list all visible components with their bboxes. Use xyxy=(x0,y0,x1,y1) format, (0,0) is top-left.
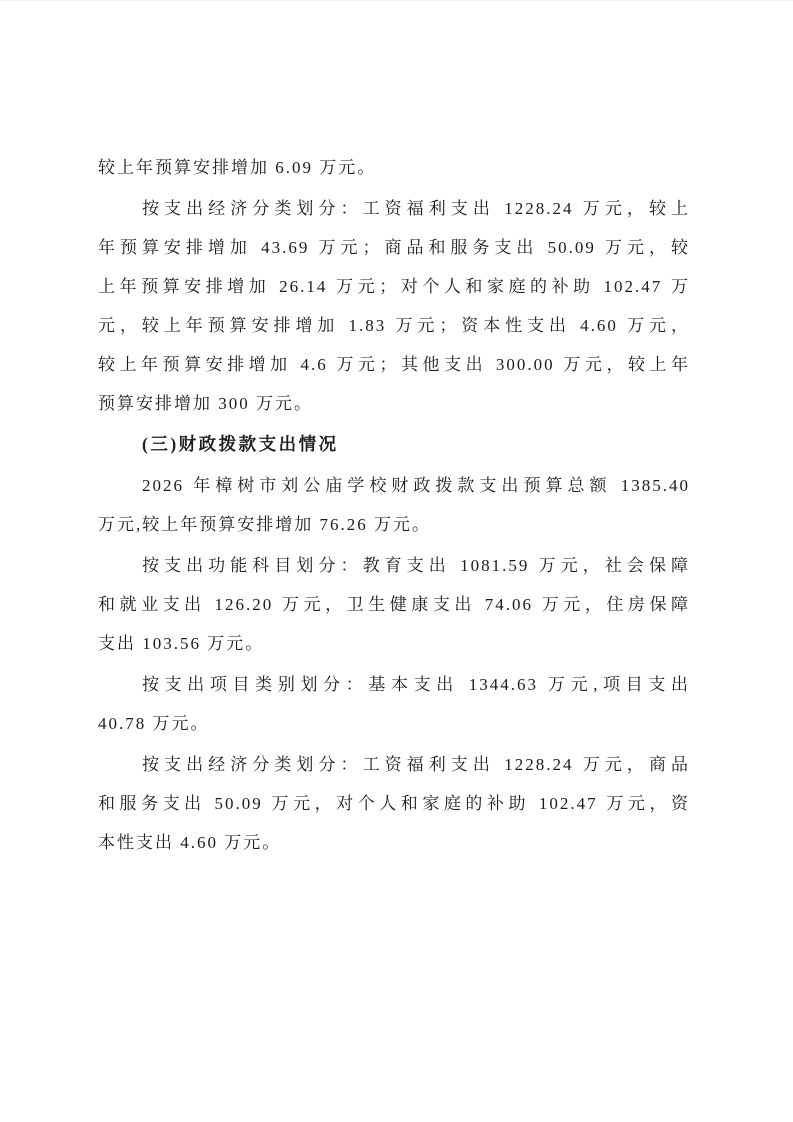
text-line: 预算安排增加 300 万元。 xyxy=(98,384,690,423)
paragraph: 按支出功能科目划分：教育支出 1081.59 万元，社会保障和就业支出 126.… xyxy=(98,546,690,663)
paragraph: 按支出经济分类划分：工资福利支出 1228.24 万元，商品和服务支出 50.0… xyxy=(98,745,690,862)
paragraph: 按支出项目类别划分：基本支出 1344.63 万元,项目支出40.78 万元。 xyxy=(98,665,690,743)
text-line: 40.78 万元。 xyxy=(98,704,690,743)
paragraph: 按支出经济分类划分：工资福利支出 1228.24 万元，较上年预算安排增加 43… xyxy=(98,189,690,423)
paragraph: 2026 年樟树市刘公庙学校财政拨款支出预算总额 1385.40万元,较上年预算… xyxy=(98,466,690,544)
text-line: 2026 年樟树市刘公庙学校财政拨款支出预算总额 1385.40 xyxy=(98,466,690,505)
text-line: 本性支出 4.60 万元。 xyxy=(98,823,690,862)
text-line: (三)财政拨款支出情况 xyxy=(98,425,690,464)
text-line: 支出 103.56 万元。 xyxy=(98,624,690,663)
section-heading: (三)财政拨款支出情况 xyxy=(98,425,690,464)
text-line: 和服务支出 50.09 万元，对个人和家庭的补助 102.47 万元，资 xyxy=(98,784,690,823)
text-line: 和就业支出 126.20 万元，卫生健康支出 74.06 万元，住房保障 xyxy=(98,585,690,624)
text-line: 年预算安排增加 43.69 万元；商品和服务支出 50.09 万元，较 xyxy=(98,228,690,267)
document-page: 较上年预算安排增加 6.09 万元。按支出经济分类划分：工资福利支出 1228.… xyxy=(0,0,793,1122)
text-line: 按支出项目类别划分：基本支出 1344.63 万元,项目支出 xyxy=(98,665,690,704)
paragraph: 较上年预算安排增加 6.09 万元。 xyxy=(98,148,690,187)
text-line: 按支出经济分类划分：工资福利支出 1228.24 万元，商品 xyxy=(98,745,690,784)
text-line: 较上年预算安排增加 4.6 万元；其他支出 300.00 万元，较上年 xyxy=(98,345,690,384)
text-line: 按支出功能科目划分：教育支出 1081.59 万元，社会保障 xyxy=(98,546,690,585)
text-line: 较上年预算安排增加 6.09 万元。 xyxy=(98,148,690,187)
text-line: 万元,较上年预算安排增加 76.26 万元。 xyxy=(98,505,690,544)
text-content: 较上年预算安排增加 6.09 万元。按支出经济分类划分：工资福利支出 1228.… xyxy=(98,148,690,864)
text-line: 元，较上年预算安排增加 1.83 万元；资本性支出 4.60 万元， xyxy=(98,306,690,345)
text-line: 上年预算安排增加 26.14 万元；对个人和家庭的补助 102.47 万 xyxy=(98,267,690,306)
text-line: 按支出经济分类划分：工资福利支出 1228.24 万元，较上 xyxy=(98,189,690,228)
